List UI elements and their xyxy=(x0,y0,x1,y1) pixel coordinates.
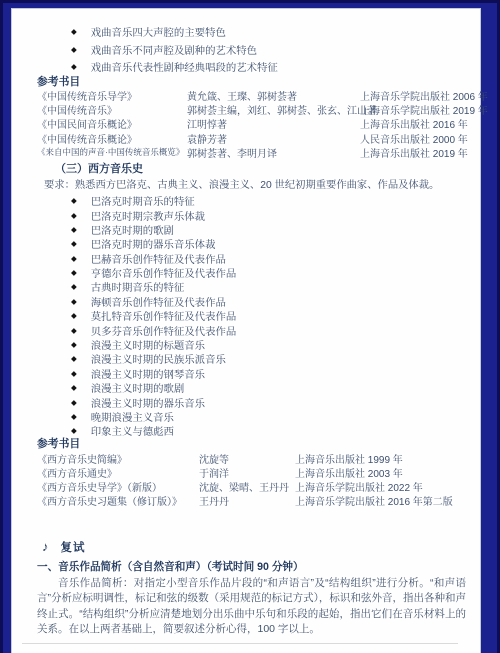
book-title: 《西方音乐史导学》（新版） xyxy=(37,479,199,494)
diamond-bullet-icon: ◆ xyxy=(71,426,77,435)
bullet-label: 海顿音乐创作特征及代表作品 xyxy=(91,294,226,309)
book-publisher: 人民音乐出版社 2000 年 xyxy=(360,131,468,146)
diamond-bullet-icon: ◆ xyxy=(71,354,77,363)
book-title: 《中国传统音乐》 xyxy=(37,102,187,117)
book-title: 《西方音乐史习题集（修订版）》 xyxy=(37,493,199,508)
book-title: 《中国传统音乐导学》 xyxy=(37,88,187,103)
list-item: ◆古典时期音乐的特征 xyxy=(37,280,468,294)
bullet-label: 浪漫主义时期的标题音乐 xyxy=(91,337,205,352)
list-item: ◆海顿音乐创作特征及代表作品 xyxy=(37,294,468,308)
list-item: ◆晚期浪漫主义音乐 xyxy=(37,409,468,423)
diamond-bullet-icon: ◆ xyxy=(71,211,77,220)
book-authors: 王丹丹 xyxy=(199,493,295,508)
book-publisher: 上海音乐学院出版社 2019 年 xyxy=(360,102,488,117)
book-title: 《中国民间音乐概论》 xyxy=(37,116,187,131)
book-publisher: 上海音乐学院出版社 2022 年 xyxy=(295,479,468,494)
bullet-label: 巴洛克时期的歌剧 xyxy=(91,222,174,237)
book-authors: 郭树荟主编，刘红、郭树荟、张玄、江山著 xyxy=(187,102,360,117)
music-note-icon: ♪ xyxy=(42,539,49,554)
list-item: ◆浪漫主义时期的器乐音乐 xyxy=(37,395,468,409)
reference-books-heading: 参考书目 xyxy=(37,76,468,89)
table-row: 《西方音乐史习题集（修订版）》 王丹丹 上海音乐学院出版社 2016 年第二版 xyxy=(37,494,468,508)
list-item: ◆莫扎特音乐创作特征及代表作品 xyxy=(37,309,468,323)
diamond-bullet-icon: ◆ xyxy=(71,412,77,421)
list-item: ◆贝多芬音乐创作特征及代表作品 xyxy=(37,323,468,337)
bullet-label: 戏曲音乐四大声腔的主要特色 xyxy=(91,24,226,39)
diamond-bullet-icon: ◆ xyxy=(71,282,77,291)
list-item: ◆亨德尔音乐创作特征及代表作品 xyxy=(37,265,468,279)
list-item: ◆巴洛克时期音乐的特征 xyxy=(37,193,468,207)
section-heading-western-music-history: （三）西方音乐史 xyxy=(37,163,468,176)
table-row: 《西方音乐史简编》 沈旋等 上海音乐出版社 1999 年 xyxy=(37,451,468,465)
list-item: ◆印象主义与德彪西 xyxy=(37,424,468,438)
diamond-bullet-icon: ◆ xyxy=(71,398,77,407)
bullet-label: 亨德尔音乐创作特征及代表作品 xyxy=(91,265,236,280)
diamond-bullet-icon: ◆ xyxy=(71,27,77,36)
diamond-bullet-icon: ◆ xyxy=(71,340,77,349)
book-publisher: 上海音乐出版社 2016 年 xyxy=(360,116,468,131)
bullet-label: 浪漫主义时期的钢琴音乐 xyxy=(91,366,205,381)
opera-bullet-list: ◆ 戏曲音乐四大声腔的主要特色 ◆ 戏曲音乐不同声腔及剧种的艺术特色 ◆ 戏曲音… xyxy=(37,23,468,76)
retest-item-body: 音乐作品简析：对指定小型音乐作品片段的“和声语言”及“结构组织”进行分析。“和声… xyxy=(37,576,468,638)
table-row: 《西方音乐史导学》（新版） 沈旋、梁晴、王丹丹 上海音乐学院出版社 2022 年 xyxy=(37,479,468,493)
list-item: ◆ 戏曲音乐代表性剧种经典唱段的艺术特征 xyxy=(37,58,468,76)
list-item: ◆巴赫音乐创作特征及代表作品 xyxy=(37,251,468,265)
book-authors: 江明惇著 xyxy=(187,116,360,131)
western-bullet-list: ◆巴洛克时期音乐的特征 ◆巴洛克时期宗教声乐体裁 ◆巴洛克时期的歌剧 ◆巴洛克时… xyxy=(37,193,468,438)
bullet-label: 印象主义与德彪西 xyxy=(91,423,174,438)
page-content: ◆ 戏曲音乐四大声腔的主要特色 ◆ 戏曲音乐不同声腔及剧种的艺术特色 ◆ 戏曲音… xyxy=(12,9,480,644)
diamond-bullet-icon: ◆ xyxy=(71,45,77,54)
diamond-bullet-icon: ◆ xyxy=(71,225,77,234)
bullet-label: 巴洛克时期的器乐音乐体裁 xyxy=(91,236,216,251)
bullet-label: 巴洛克时期音乐的特征 xyxy=(91,193,195,208)
list-item: ◆巴洛克时期的器乐音乐体裁 xyxy=(37,237,468,251)
book-publisher: 上海音乐学院出版社 2016 年第二版 xyxy=(295,493,468,508)
bullet-label: 戏曲音乐代表性剧种经典唱段的艺术特征 xyxy=(91,59,278,74)
table-row: 《来自中国的声音·中国传统音乐概览》 郭树荟著、李明月译 上海音乐出版社 201… xyxy=(37,145,468,159)
book-title: 《中国传统音乐概论》 xyxy=(37,131,187,146)
bullet-label: 浪漫主义时期的歌剧 xyxy=(91,380,185,395)
table-row: 《中国传统音乐》 郭树荟主编，刘红、郭树荟、张玄、江山著 上海音乐学院出版社 2… xyxy=(37,103,468,117)
list-item: ◆浪漫主义时期的民族乐派音乐 xyxy=(37,352,468,366)
diamond-bullet-icon: ◆ xyxy=(71,297,77,306)
book-authors: 郭树荟著、李明月译 xyxy=(187,145,360,160)
chinese-books-table: 《中国传统音乐导学》 黄允箴、王璨、郭树荟著 上海音乐学院出版社 2006 年 … xyxy=(37,89,468,160)
book-authors: 袁静芳著 xyxy=(187,131,360,146)
book-publisher: 上海音乐出版社 2003 年 xyxy=(295,465,468,480)
diamond-bullet-icon: ◆ xyxy=(71,383,77,392)
list-item: ◆浪漫主义时期的标题音乐 xyxy=(37,337,468,351)
book-authors: 沈旋等 xyxy=(199,451,295,466)
retest-heading-row: ♪ 复试 xyxy=(37,539,468,555)
book-authors: 黄允箴、王璨、郭树荟著 xyxy=(187,88,360,103)
bullet-label: 浪漫主义时期的民族乐派音乐 xyxy=(91,351,226,366)
book-authors: 于润洋 xyxy=(199,465,295,480)
book-title: 《西方音乐史简编》 xyxy=(37,451,199,466)
retest-title: 复试 xyxy=(61,539,86,555)
document-page: ◆ 戏曲音乐四大声腔的主要特色 ◆ 戏曲音乐不同声腔及剧种的艺术特色 ◆ 戏曲音… xyxy=(11,8,481,653)
list-item: ◆浪漫主义时期的钢琴音乐 xyxy=(37,366,468,380)
diamond-bullet-icon: ◆ xyxy=(71,268,77,277)
diamond-bullet-icon: ◆ xyxy=(71,311,77,320)
diamond-bullet-icon: ◆ xyxy=(71,254,77,263)
retest-item-heading: 一、音乐作品简析（含自然音和声）（考试时间 90 分钟） xyxy=(37,560,468,574)
book-title: 《西方音乐通史》 xyxy=(37,465,199,480)
section-requirement: 要求：熟悉西方巴洛克、古典主义、浪漫主义、20 世纪初期重要作曲家、作品及体裁。 xyxy=(37,179,468,193)
diamond-bullet-icon: ◆ xyxy=(71,62,77,71)
book-authors: 沈旋、梁晴、王丹丹 xyxy=(199,479,295,494)
list-item: ◆ 戏曲音乐不同声腔及剧种的艺术特色 xyxy=(37,41,468,59)
bullet-label: 戏曲音乐不同声腔及剧种的艺术特色 xyxy=(91,42,257,57)
diamond-bullet-icon: ◆ xyxy=(71,326,77,335)
bullet-label: 古典时期音乐的特征 xyxy=(91,279,185,294)
diamond-bullet-icon: ◆ xyxy=(71,196,77,205)
bullet-label: 贝多芬音乐创作特征及代表作品 xyxy=(91,323,236,338)
diamond-bullet-icon: ◆ xyxy=(71,369,77,378)
table-row: 《中国传统音乐导学》 黄允箴、王璨、郭树荟著 上海音乐学院出版社 2006 年 xyxy=(37,89,468,103)
reference-books-heading: 参考书目 xyxy=(37,438,468,451)
list-item: ◆ 戏曲音乐四大声腔的主要特色 xyxy=(37,23,468,41)
bullet-label: 晚期浪漫主义音乐 xyxy=(91,409,174,424)
book-publisher: 上海音乐学院出版社 2006 年 xyxy=(360,88,488,103)
book-title: 《来自中国的声音·中国传统音乐概览》 xyxy=(37,146,187,158)
western-books-table: 《西方音乐史简编》 沈旋等 上海音乐出版社 1999 年 《西方音乐通史》 于润… xyxy=(37,451,468,508)
bullet-label: 巴赫音乐创作特征及代表作品 xyxy=(91,251,226,266)
section-divider xyxy=(22,643,458,644)
book-publisher: 上海音乐出版社 2019 年 xyxy=(360,145,468,160)
bullet-label: 浪漫主义时期的器乐音乐 xyxy=(91,395,205,410)
book-publisher: 上海音乐出版社 1999 年 xyxy=(295,451,468,466)
list-item: ◆浪漫主义时期的歌剧 xyxy=(37,381,468,395)
table-row: 《中国传统音乐概论》 袁静芳著 人民音乐出版社 2000 年 xyxy=(37,131,468,145)
diamond-bullet-icon: ◆ xyxy=(71,239,77,248)
bullet-label: 巴洛克时期宗教声乐体裁 xyxy=(91,208,205,223)
list-item: ◆巴洛克时期宗教声乐体裁 xyxy=(37,208,468,222)
table-row: 《中国民间音乐概论》 江明惇著 上海音乐出版社 2016 年 xyxy=(37,117,468,131)
bullet-label: 莫扎特音乐创作特征及代表作品 xyxy=(91,308,236,323)
list-item: ◆巴洛克时期的歌剧 xyxy=(37,222,468,236)
table-row: 《西方音乐通史》 于润洋 上海音乐出版社 2003 年 xyxy=(37,465,468,479)
